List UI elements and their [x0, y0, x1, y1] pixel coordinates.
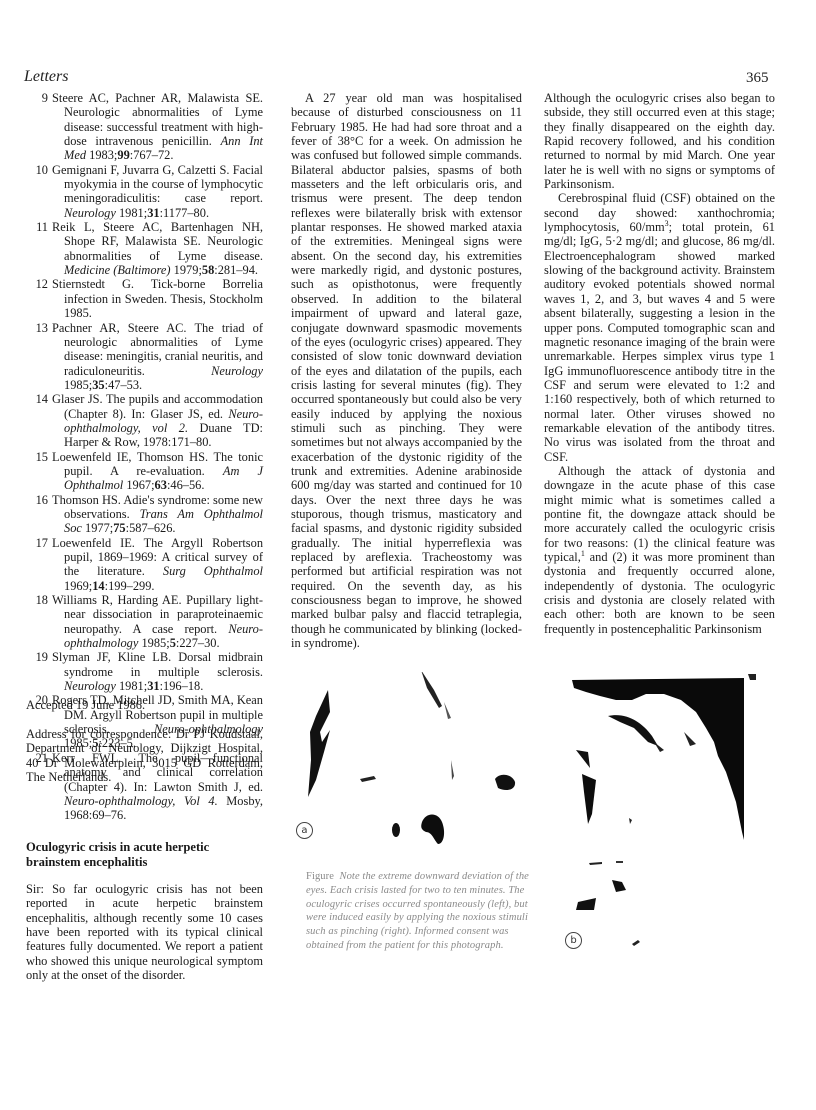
- reference-list: 9Steere AC, Pachner AR, Malawista SE. Ne…: [26, 91, 263, 823]
- reference-year: 1981;: [119, 206, 147, 220]
- reference-journal: Neuro-ophthalmology, Vol 4.: [64, 794, 218, 808]
- case-report-column: A 27 year old man was hospitalised becau…: [291, 91, 522, 650]
- discussion-column: Although the oculogyric crises also bega…: [544, 91, 775, 636]
- reference-volume: 14: [92, 579, 104, 593]
- reference-item: 18Williams R, Harding AE. Pupillary ligh…: [26, 593, 263, 650]
- figure-caption: Figure Note the extreme downward deviati…: [306, 870, 538, 953]
- reference-volume: 75: [113, 521, 125, 535]
- reference-item: 19Slyman JF, Kline LB. Dorsal midbrain s…: [26, 650, 263, 693]
- reference-year: 1983;: [89, 148, 117, 162]
- reference-number: 15: [26, 450, 48, 464]
- reference-year: 1985;: [141, 636, 169, 650]
- reference-authors: Glaser JS.: [52, 392, 103, 406]
- reference-pages: :281–94.: [214, 263, 258, 277]
- reference-number: 10: [26, 163, 48, 177]
- reference-authors: Thomson HS.: [52, 493, 121, 507]
- correspondence-address: Address for correspondence: Dr PJ Koudst…: [26, 727, 263, 784]
- reference-number: 16: [26, 493, 48, 507]
- reference-authors: Steere AC, Pachner AR, Malawista SE.: [52, 91, 263, 105]
- reference-pages: :767–72.: [130, 148, 174, 162]
- letter-intro: Sir: So far oculogyric crisis has not be…: [26, 882, 263, 982]
- reference-number: 18: [26, 593, 48, 607]
- reference-authors: Loewenfeld IE, Thomson HS.: [52, 450, 208, 464]
- reference-item: 10Gemignani F, Juvarra G, Calzetti S. Fa…: [26, 163, 263, 220]
- reference-number: 9: [26, 91, 48, 105]
- discussion-paragraph: Although the attack of dystonia and down…: [544, 464, 775, 636]
- reference-pages: :587–626.: [126, 521, 176, 535]
- reference-item: 11Reik L, Steere AC, Bartenhagen NH, Sho…: [26, 220, 263, 277]
- reference-pages: :47–53.: [105, 378, 143, 392]
- panel-b-label: b: [565, 932, 582, 949]
- course-paragraph: Although the oculogyric crises also bega…: [544, 91, 775, 191]
- page-number: 365: [746, 70, 769, 87]
- intro-paragraph: Sir: So far oculogyric crisis has not be…: [26, 882, 263, 982]
- reference-authors: Stiernstedt G.: [52, 277, 134, 291]
- reference-number: 11: [26, 220, 48, 234]
- figure-caption-text: Note the extreme downward deviation of t…: [306, 871, 529, 951]
- reference-number: 17: [26, 536, 48, 550]
- reference-journal: Medicine (Baltimore): [64, 263, 171, 277]
- reference-number: 19: [26, 650, 48, 664]
- reference-item: 12Stiernstedt G. Tick-borne Borrelia inf…: [26, 277, 263, 320]
- reference-year: 1977;: [85, 521, 113, 535]
- reference-volume: 58: [202, 263, 214, 277]
- reference-authors: Gemignani F, Juvarra G, Calzetti S.: [52, 163, 229, 177]
- reference-authors: Loewenfeld IE.: [52, 536, 135, 550]
- reference-journal: Neurology: [64, 679, 116, 693]
- reference-journal: Surg Ophthalmol: [163, 564, 263, 578]
- reference-journal: Neurology: [211, 364, 263, 378]
- reference-item: 16Thomson HS. Adie's syndrome: some new …: [26, 493, 263, 536]
- reference-journal: Neurology: [64, 206, 116, 220]
- letter-title: Oculogyric crisis in acute herpetic brai…: [26, 840, 263, 869]
- reference-volume: 35: [92, 378, 104, 392]
- accepted-date: Accepted 19 June 1986.: [26, 698, 263, 712]
- reference-authors: Slyman JF, Kline LB.: [52, 650, 171, 664]
- reference-pages: :46–56.: [167, 478, 205, 492]
- reference-pages: :199–299.: [105, 579, 155, 593]
- figure-caption-label: Figure: [306, 871, 334, 882]
- reference-volume: 63: [155, 478, 167, 492]
- reference-pages: :1177–80.: [160, 206, 209, 220]
- reference-pages: :227–30.: [176, 636, 220, 650]
- reference-volume: 31: [147, 206, 159, 220]
- reference-item: 17Loewenfeld IE. The Argyll Robertson pu…: [26, 536, 263, 593]
- reference-year: 1969;: [64, 579, 92, 593]
- reference-number: 12: [26, 277, 48, 291]
- csf-paragraph: Cerebrospinal fluid (CSF) obtained on th…: [544, 191, 775, 464]
- reference-item: 15Loewenfeld IE, Thomson HS. The tonic p…: [26, 450, 263, 493]
- reference-item: 9Steere AC, Pachner AR, Malawista SE. Ne…: [26, 91, 263, 163]
- reference-number: 13: [26, 321, 48, 335]
- reference-volume: 31: [147, 679, 159, 693]
- reference-item: 13Pachner AR, Steere AC. The triad of ne…: [26, 321, 263, 393]
- reference-year: 1981;: [119, 679, 147, 693]
- reference-authors: Williams R, Harding AE.: [52, 593, 182, 607]
- reference-item: 14Glaser JS. The pupils and accommodatio…: [26, 392, 263, 449]
- reference-year: 1967;: [126, 478, 154, 492]
- reference-number: 14: [26, 392, 48, 406]
- reference-year: 1979;: [174, 263, 202, 277]
- reference-authors: Pachner AR, Steere AC.: [52, 321, 187, 335]
- case-paragraph: A 27 year old man was hospitalised becau…: [291, 91, 522, 650]
- reference-pages: :196–18.: [160, 679, 204, 693]
- running-head: Letters: [24, 68, 68, 86]
- reference-year: 1985;: [64, 378, 92, 392]
- reference-volume: 99: [117, 148, 129, 162]
- panel-a-label: a: [296, 822, 313, 839]
